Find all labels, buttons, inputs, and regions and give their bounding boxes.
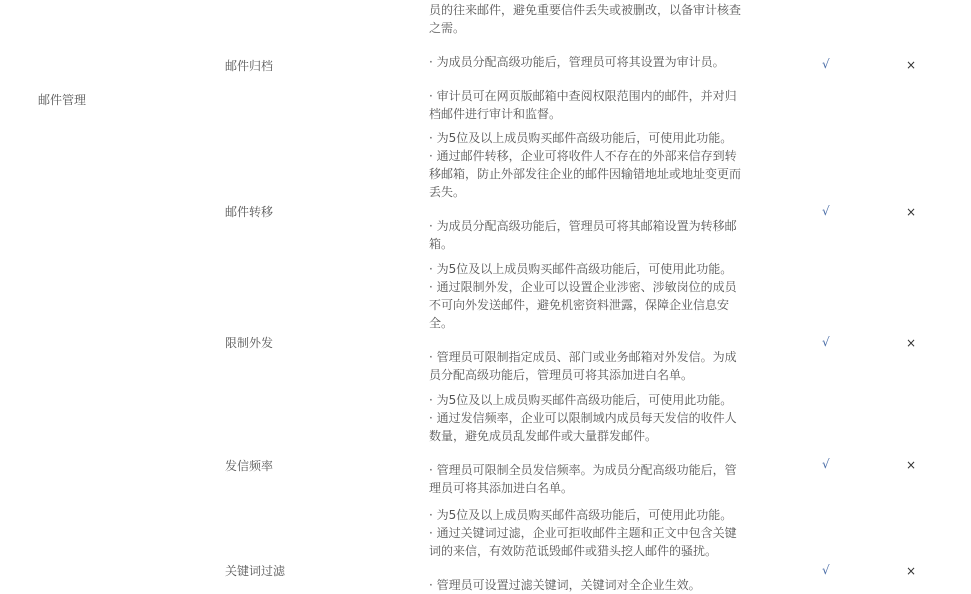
feature-description-mail-archive: 员的往来邮件，避免重要信件丢失或被删改，以备审计核查之需。 · 为成员分配高级功… (429, 1, 747, 123)
description-text: · 管理员可限制全员发信频率。为成员分配高级功能后，管理员可将其添加进白名单。 (429, 461, 747, 497)
description-text: · 通过关键词过滤，企业可拒收邮件主题和正文中包含关键词的来信，有效防范诋毁邮件… (429, 524, 747, 560)
description-text: · 通过限制外发，企业可以设置企业涉密、涉敏岗位的成员不可向外发送邮件，避免机密… (429, 278, 747, 332)
category-label: 邮件管理 (38, 91, 86, 109)
check-icon: √ (822, 455, 830, 473)
feature-name-mail-transfer: 邮件转移 (225, 203, 273, 221)
check-icon: √ (822, 561, 830, 579)
feature-description-send-frequency: · 为5位及以上成员购买邮件高级功能后，可使用此功能。 · 通过发信频率，企业可… (429, 391, 747, 497)
cross-icon: × (906, 334, 916, 352)
feature-name-send-frequency: 发信频率 (225, 457, 273, 475)
description-text: · 为5位及以上成员购买邮件高级功能后，可使用此功能。 (429, 506, 747, 524)
description-text: · 通过发信频率，企业可以限制域内成员每天发信的收件人数量，避免成员乱发邮件或大… (429, 409, 747, 445)
feature-description-mail-transfer: · 为5位及以上成员购买邮件高级功能后，可使用此功能。 · 通过邮件转移，企业可… (429, 129, 747, 253)
description-text: · 为5位及以上成员购买邮件高级功能后，可使用此功能。 (429, 129, 747, 147)
description-text: · 通过邮件转移，企业可将收件人不存在的外部来信存到转移邮箱，防止外部发往企业的… (429, 147, 747, 201)
description-text: · 管理员可设置过滤关键词，关键词对全企业生效。 (429, 576, 747, 594)
check-icon: √ (822, 202, 830, 220)
description-text: · 为成员分配高级功能后，管理员可将其邮箱设置为转移邮箱。 (429, 217, 747, 253)
description-text: · 审计员可在网页版邮箱中查阅权限范围内的邮件，并对归档邮件进行审计和监督。 (429, 87, 747, 123)
description-text: · 为5位及以上成员购买邮件高级功能后，可使用此功能。 (429, 391, 747, 409)
feature-description-restrict-outbound: · 为5位及以上成员购买邮件高级功能后，可使用此功能。 · 通过限制外发，企业可… (429, 260, 747, 384)
cross-icon: × (906, 562, 916, 580)
cross-icon: × (906, 56, 916, 74)
check-icon: √ (822, 55, 830, 73)
cross-icon: × (906, 203, 916, 221)
description-text: · 管理员可限制指定成员、部门或业务邮箱对外发信。为成员分配高级功能后，管理员可… (429, 348, 747, 384)
check-icon: √ (822, 333, 830, 351)
feature-name-keyword-filter: 关键词过滤 (225, 562, 285, 580)
cross-icon: × (906, 456, 916, 474)
feature-description-keyword-filter: · 为5位及以上成员购买邮件高级功能后，可使用此功能。 · 通过关键词过滤，企业… (429, 506, 747, 594)
description-text: · 为成员分配高级功能后，管理员可将其设置为审计员。 (429, 53, 747, 71)
feature-name-restrict-outbound: 限制外发 (225, 334, 273, 352)
description-text: 员的往来邮件，避免重要信件丢失或被删改，以备审计核查之需。 (429, 1, 747, 37)
feature-name-mail-archive: 邮件归档 (225, 57, 273, 75)
description-text: · 为5位及以上成员购买邮件高级功能后，可使用此功能。 (429, 260, 747, 278)
